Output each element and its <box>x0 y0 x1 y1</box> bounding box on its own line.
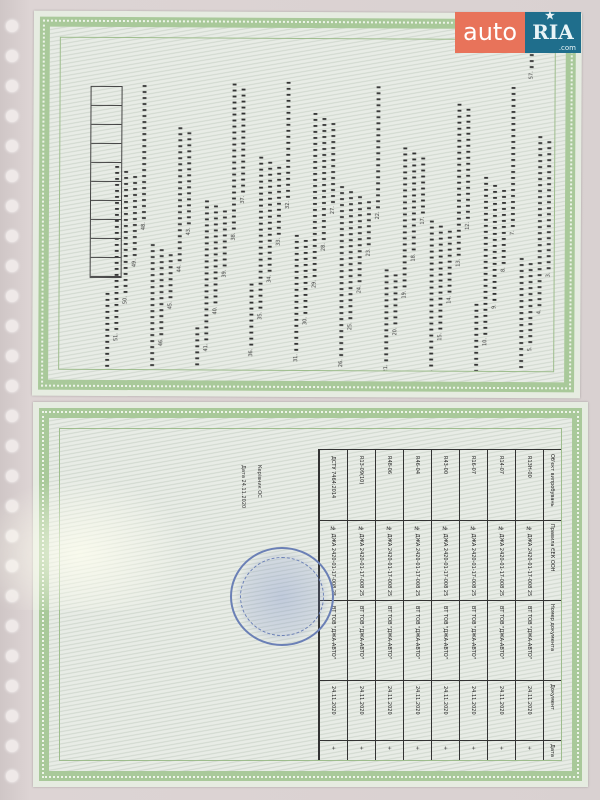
table-cell: + <box>414 746 420 750</box>
spec-line: 8. ▬▬▬▬▬▬▬▬▬▬▬▬▬ <box>501 83 508 272</box>
table-cell: ВТ ТОВ "ДЖА-АВТО" <box>498 606 504 659</box>
spec-line: 12. ▬▬▬▬▬▬▬▬▬▬▬▬▬▬▬▬▬▬▬ <box>465 83 472 230</box>
spec-line: 35. ▬▬▬▬▬▬▬▬▬▬▬▬▬▬▬▬▬▬▬▬▬▬▬▬▬▬ <box>257 82 264 320</box>
table-cell: ВТ ТОВ "ДЖА-АВТО" <box>414 606 420 659</box>
sleeve-hole <box>6 620 18 632</box>
spec-line: 24. ▬▬▬▬▬▬▬▬▬▬▬▬▬▬▬ <box>357 82 364 293</box>
sleeve-hole <box>6 200 18 212</box>
table-cell: № ДЖА 2420-01-17-008 25 <box>470 526 476 596</box>
spec-line: 31. ▬▬▬▬▬▬▬▬▬▬▬▬▬▬▬▬▬▬▬▬ <box>293 82 300 362</box>
table-cell: + <box>526 746 532 750</box>
sleeve-hole <box>6 80 18 92</box>
table-cell: R46-04 <box>414 456 420 474</box>
sleeve-hole <box>6 110 18 122</box>
sleeve-hole <box>6 650 18 662</box>
table-cell: + <box>470 746 476 750</box>
spec-line: 7. ▬▬▬▬▬▬▬▬▬▬▬▬▬▬▬▬▬▬▬▬▬▬▬▬▬▬▬▬ <box>510 83 517 235</box>
table-cell: R16-07 <box>470 456 476 474</box>
spec-line: 38. ▬▬▬▬▬▬▬▬▬▬▬▬▬▬▬▬▬▬▬▬▬▬▬▬▬ <box>231 82 238 241</box>
table-cell: ВТ ТОВ "ДЖА-АВТО" <box>470 606 476 659</box>
date-field: Дата 24.11.2020 <box>240 465 246 508</box>
table-header: Об'єкт випробувань <box>549 454 555 507</box>
spec-line: 16. ▬▬▬▬▬▬▬▬▬▬▬▬▬▬▬▬▬▬▬▬▬▬▬▬▬ <box>428 83 436 373</box>
spec-line: 46. ▬▬▬▬▬▬▬▬▬▬▬▬▬▬▬ <box>158 81 165 346</box>
spec-line: 21. ▬▬▬▬▬▬▬▬▬▬▬▬▬▬▬▬ <box>383 82 391 372</box>
spec-line: 6. ▬▬▬▬▬▬▬▬▬▬▬▬▬▬▬▬▬▬▬▬▬ <box>518 83 526 372</box>
table-cell: + <box>498 746 504 750</box>
spec-line: 10. ▬▬▬▬▬▬▬▬▬▬▬▬▬▬▬▬▬▬▬▬▬▬▬▬▬▬▬ <box>482 83 489 346</box>
spec-line: 40. ▬▬▬▬▬▬▬▬▬▬▬▬▬▬▬▬▬ <box>212 82 219 315</box>
sleeve-hole <box>6 710 18 722</box>
sleeve-hole <box>6 440 18 452</box>
table-cell: 24.11.2020 <box>442 686 448 715</box>
sleeve-hole <box>6 770 18 782</box>
spec-line: 4. ▬▬▬▬▬▬▬▬▬▬▬▬▬▬▬▬▬▬▬▬▬▬▬▬▬▬▬▬▬ <box>536 83 543 314</box>
table-cell: № ДЖА 2420-01-17-008 25 <box>358 526 364 596</box>
table-header: Дата <box>549 744 555 757</box>
spec-line: 11. ▬▬▬▬▬▬▬▬▬▬▬▬ <box>473 83 481 372</box>
star-icon: ★ <box>545 10 555 22</box>
table-cell: + <box>442 746 448 750</box>
spec-line: 25. ▬▬▬▬▬▬▬▬▬▬▬▬▬▬▬▬▬▬▬▬▬▬ <box>347 82 354 330</box>
sleeve-hole <box>6 290 18 302</box>
table-cell: R48-06 <box>386 456 392 474</box>
sleeve-hole <box>6 20 18 32</box>
spec-line: 14. ▬▬▬▬▬▬▬▬▬▬▬ <box>446 83 453 304</box>
spec-line: 45. ▬▬▬▬▬▬▬▬ <box>167 81 174 309</box>
sleeve-hole <box>6 380 18 392</box>
sleeve-hole <box>6 410 18 422</box>
spec-line: 20. ▬▬▬▬▬▬▬▬▬ <box>392 82 399 335</box>
table-cell: R43-00 <box>442 456 448 474</box>
table-cell: + <box>386 746 392 750</box>
spec-line: 49. ▬▬▬▬▬▬▬▬▬▬▬▬▬▬ <box>132 81 139 267</box>
table-cell: 24.11.2020 <box>330 686 336 715</box>
spec-line: 41. ▬▬▬▬▬▬▬▬▬▬▬▬▬▬▬▬▬▬▬▬▬▬▬▬ <box>203 81 210 351</box>
signature-label: Керівник ОС <box>256 465 262 498</box>
ornamental-border: ПЕРЕЛІК ДОКАЗІВ СТОСОВНО ВІДПОВІДНОСТІ К… <box>39 408 582 781</box>
watermark-ria: ★ RIA .com <box>525 12 581 53</box>
table-cell: 24.11.2020 <box>470 686 476 715</box>
table-cell: R14-07 <box>498 456 504 474</box>
spec-line: 48. ▬▬▬▬▬▬▬▬▬▬▬▬▬▬▬▬▬▬▬▬▬▬▬▬▬▬▬▬▬ <box>141 81 148 230</box>
table-cell: 24.11.2020 <box>526 686 532 715</box>
table-cell: ВТ ТОВ "ДЖА-АВТО" <box>526 606 532 659</box>
sleeve-hole <box>6 50 18 62</box>
table-cell: ДСТУ 7464:2014 <box>330 456 336 498</box>
spec-line: 17. ▬▬▬▬▬▬▬▬▬▬ <box>420 83 427 225</box>
table-header: Документ <box>549 684 555 710</box>
table-cell: № ДЖА 2420-01-17-008 25 <box>442 526 448 596</box>
spec-line: 27. ▬▬▬▬▬▬▬▬▬▬▬▬▬▬ <box>330 82 337 214</box>
table-cell: R13-09(10) <box>358 456 364 484</box>
spec-line: 2. ▬▬▬▬▬▬▬▬▬▬▬▬▬▬▬ <box>555 83 556 240</box>
spec-line: 37. ▬▬▬▬▬▬▬▬▬▬▬▬▬▬▬▬▬▬ <box>240 82 247 204</box>
table-cell: + <box>330 746 336 750</box>
watermark-auto: auto <box>455 12 525 53</box>
table-cell: 24.11.2020 <box>498 686 504 715</box>
table-cell: 24.11.2020 <box>358 686 364 715</box>
table-cell: R13H-00 <box>526 456 532 478</box>
spec-line: 47. ▬▬▬▬▬▬▬▬▬▬▬▬▬▬▬▬▬▬▬▬▬▬ <box>149 81 157 372</box>
spec-line: 39. ▬▬▬▬▬▬▬▬▬▬ <box>222 82 229 278</box>
table-cell: 24.11.2020 <box>414 686 420 715</box>
sleeve-hole <box>6 530 18 542</box>
sleeve-hole <box>6 140 18 152</box>
table-header: Номер документа <box>549 604 555 651</box>
spec-line: 28. ▬▬▬▬▬▬▬▬▬▬▬▬▬▬▬▬▬▬▬▬▬ <box>321 82 328 251</box>
spec-line: 36. ▬▬▬▬▬▬▬▬▬▬▬ <box>248 82 255 357</box>
spec-line: 29. ▬▬▬▬▬▬▬▬▬▬▬▬▬▬▬▬▬▬▬▬▬▬▬▬▬▬▬▬ <box>312 82 319 288</box>
sleeve-hole <box>6 560 18 572</box>
official-stamp <box>230 547 334 646</box>
sleeve-hole <box>6 740 18 752</box>
spec-line: 13. ▬▬▬▬▬▬▬▬▬▬▬▬▬▬▬▬▬▬▬▬▬▬▬▬▬▬ <box>456 83 463 267</box>
table-cell: № ДЖА 2420-01-17-008 25 <box>498 526 504 596</box>
table-cell: ВТ ТОВ "ДЖА-АВТО" <box>386 606 392 659</box>
table-cell: ВТ ТОВ "ДЖА-АВТО" <box>330 606 336 659</box>
sleeve-hole <box>6 680 18 692</box>
sleeve-hole <box>6 350 18 362</box>
spec-line: 23. ▬▬▬▬▬▬▬▬ <box>366 82 373 256</box>
document-page-top: 1. ▬▬▬▬▬▬▬▬2. ▬▬▬▬▬▬▬▬▬▬▬▬▬▬▬3. ▬▬▬▬▬▬▬▬… <box>32 11 582 399</box>
evidence-table: Об'єкт випробуваньПравила ЄЕК ООННомер д… <box>318 449 562 761</box>
sleeve-hole <box>6 500 18 512</box>
spec-line: 9. ▬▬▬▬▬▬▬▬▬▬▬▬▬▬▬▬▬▬▬▬ <box>491 83 498 309</box>
sleeve-hole <box>6 170 18 182</box>
spec-table <box>90 86 123 278</box>
table-cell: 24.11.2020 <box>386 686 392 715</box>
spec-line: 42. ▬▬▬▬▬▬▬▬▬ <box>194 81 202 372</box>
sleeve-hole <box>6 260 18 272</box>
table-cell: ВТ ТОВ "ДЖА-АВТО" <box>358 606 364 659</box>
spec-line: 34. ▬▬▬▬▬▬▬▬▬▬▬▬▬▬▬▬▬▬▬ <box>267 82 274 283</box>
spec-line: 5. ▬▬▬▬▬▬▬▬▬▬▬▬▬▬ <box>527 83 534 351</box>
spec-line: 22. ▬▬▬▬▬▬▬▬▬▬▬▬▬▬▬▬▬▬▬▬▬▬▬ <box>375 82 382 219</box>
spec-line: 15. ▬▬▬▬▬▬▬▬▬▬▬▬▬▬▬▬▬▬ <box>437 83 444 341</box>
spec-line: 30. ▬▬▬▬▬▬▬▬▬▬▬▬▬ <box>302 82 309 325</box>
spec-line: 26. ▬▬▬▬▬▬▬▬▬▬▬▬▬▬▬▬▬▬▬▬▬▬▬▬▬▬▬▬▬ <box>338 82 345 367</box>
spec-line: 50. ▬▬▬▬▬▬▬▬▬▬▬▬▬▬▬▬▬▬▬▬▬ <box>122 81 129 304</box>
table-cell: № ДЖА 2420-01-17-008 25 <box>414 526 420 596</box>
table-cell: № ДЖА 2420-01-17-008 25 <box>386 526 392 596</box>
spec-line: 19. ▬▬▬▬▬▬▬▬▬▬▬▬▬▬▬▬▬▬▬▬▬▬▬▬ <box>402 82 409 298</box>
table-cell: + <box>358 746 364 750</box>
autoria-watermark: auto ★ RIA .com <box>455 12 581 53</box>
spec-text: 1. ▬▬▬▬▬▬▬▬2. ▬▬▬▬▬▬▬▬▬▬▬▬▬▬▬3. ▬▬▬▬▬▬▬▬… <box>99 58 556 372</box>
sleeve-hole <box>6 230 18 242</box>
sleeve-hole <box>6 320 18 332</box>
table-cell: № ДЖА 2420-01-17-008 25 <box>526 526 532 596</box>
spec-line: 33. ▬▬▬▬▬▬▬▬▬▬▬▬ <box>276 82 283 246</box>
table-cell: ВТ ТОВ "ДЖА-АВТО" <box>442 606 448 659</box>
spec-line: 43. ▬▬▬▬▬▬▬▬▬▬▬▬▬▬▬▬ <box>186 81 193 235</box>
table-header: Правила ЄЕК ООН <box>549 524 555 571</box>
sleeve-hole <box>6 590 18 602</box>
spec-line: 3. ▬▬▬▬▬▬▬▬▬▬▬▬▬▬▬▬▬▬▬▬▬▬ <box>546 83 553 277</box>
spec-line: 32. ▬▬▬▬▬▬▬▬▬▬▬▬▬▬▬▬▬▬▬▬▬▬▬▬▬▬▬ <box>285 82 292 209</box>
document-page-bottom: ПЕРЕЛІК ДОКАЗІВ СТОСОВНО ВІДПОВІДНОСТІ К… <box>33 402 588 787</box>
spec-line: 44. ▬▬▬▬▬▬▬▬▬▬▬▬▬▬▬▬▬▬▬▬▬▬▬ <box>177 81 184 272</box>
sleeve-hole <box>6 470 18 482</box>
spec-line: 18. ▬▬▬▬▬▬▬▬▬▬▬▬▬▬▬▬▬ <box>411 83 418 262</box>
ornamental-border: 1. ▬▬▬▬▬▬▬▬2. ▬▬▬▬▬▬▬▬▬▬▬▬▬▬▬3. ▬▬▬▬▬▬▬▬… <box>38 17 576 393</box>
sleeve-holes <box>6 0 20 800</box>
